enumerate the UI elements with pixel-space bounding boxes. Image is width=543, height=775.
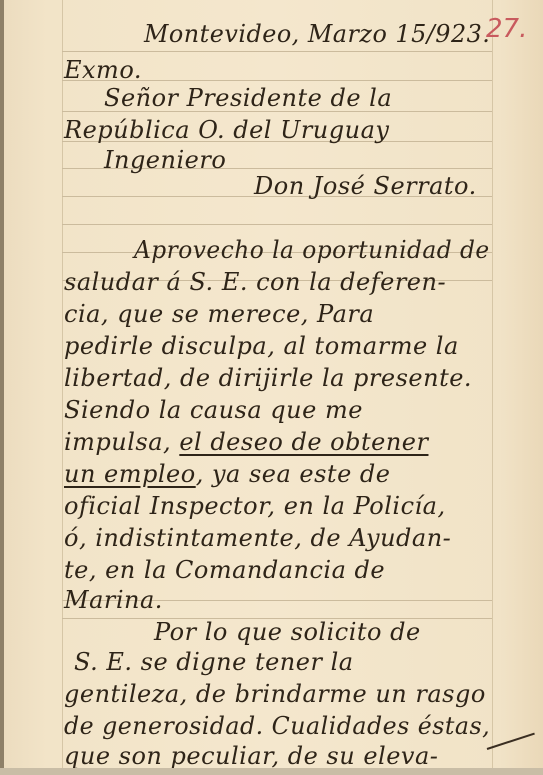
- addressee-line-2: República O. del Uruguay: [64, 116, 389, 144]
- underlined-phrase: el deseo de obtener: [179, 428, 428, 456]
- date-line: Montevideo, Marzo 15/923.: [144, 20, 490, 48]
- body-line-underlined: un empleo, ya sea este de: [64, 460, 390, 488]
- underlined-phrase: un empleo: [64, 460, 196, 488]
- body-line: saludar á S. E. con la deferen-: [64, 268, 446, 296]
- continuation-dash: [487, 733, 535, 750]
- body-line: Marina.: [64, 586, 163, 614]
- body-line: Aprovecho la oportunidad de: [134, 236, 490, 264]
- right-margin-line: [492, 0, 493, 768]
- ruled-line: [62, 224, 492, 225]
- body-line: S. E. se digne tener la: [74, 648, 354, 676]
- scan-bottom-edge: [0, 768, 543, 775]
- body-line: Siendo la causa que me: [64, 396, 363, 424]
- body-line: pedirle disculpa, al tomarme la: [64, 332, 459, 360]
- addressee-line-1: Señor Presidente de la: [104, 84, 392, 112]
- body-line: de generosidad. Cualidades éstas,: [64, 712, 490, 740]
- ruled-line: [62, 51, 492, 52]
- body-line: te, en la Comandancia de: [64, 556, 385, 584]
- letter-page: 27. Montevideo, Marzo 15/923. Exmo. Seño…: [4, 0, 543, 768]
- body-line: cia, que se merece, Para: [64, 300, 374, 328]
- folio-number: 27.: [486, 14, 527, 44]
- body-line: Por lo que solicito de: [154, 618, 421, 646]
- addressee-line-4: Don José Serrato.: [254, 172, 477, 200]
- body-line: libertad, de dirijirle la presente.: [64, 364, 472, 392]
- body-line: que son peculiar, de su eleva-: [64, 742, 438, 768]
- left-margin-line: [62, 0, 63, 768]
- body-line: gentileza, de brindarme un rasgo: [64, 680, 486, 708]
- body-line: oficial Inspector, en la Policía,: [64, 492, 446, 520]
- body-line: ó, indistintamente, de Ayudan-: [64, 524, 451, 552]
- honorific: Exmo.: [64, 56, 142, 84]
- body-line-underlined: impulsa, el deseo de obtener: [64, 428, 428, 456]
- addressee-line-3: Ingeniero: [104, 146, 226, 174]
